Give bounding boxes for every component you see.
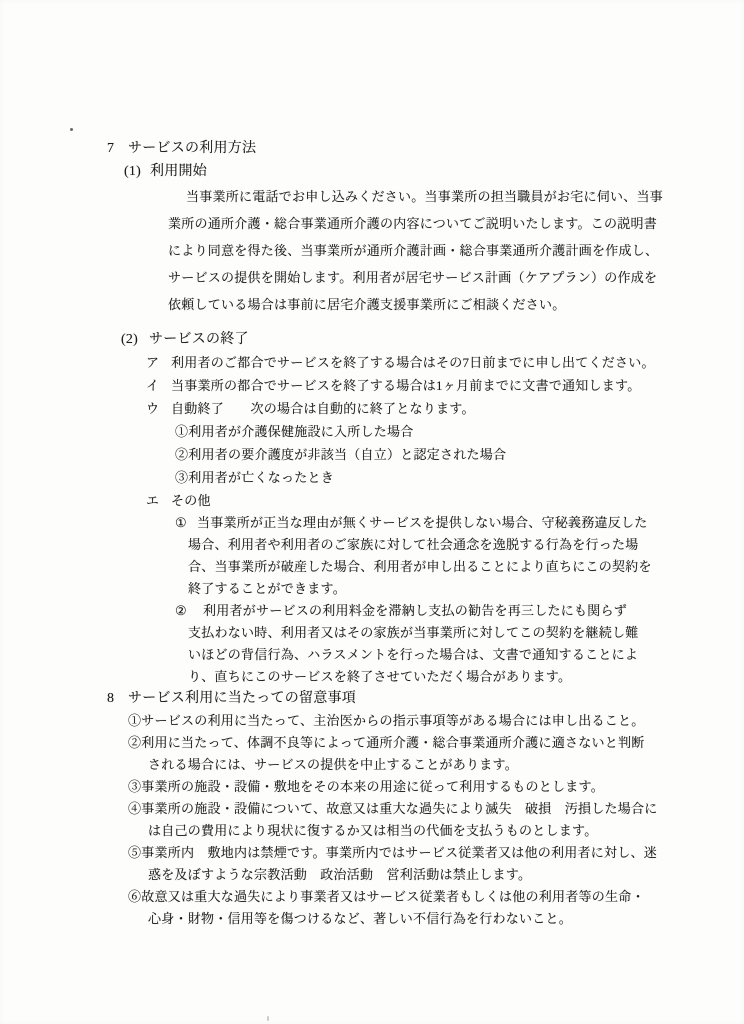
section7-heading: 7サービスの利用方法	[0, 137, 744, 160]
sub2-heading: (2)サービスの終了	[0, 328, 744, 351]
e-subitem-line: 合、当事業所が破産した場合、利用者が申し出ることにより直ちにこの契約を	[0, 556, 744, 578]
e-subitem-line: り、直ちにこのサービスを終了させていただく場合があります。	[0, 666, 744, 688]
e-subitem-1: ①当事業所が正当な理由が無くサービスを提供しない場合、守秘義務違反した	[0, 512, 744, 534]
paragraph-line: サービスの提供を開始します。利用者が居宅サービス計画（ケアプラン）の作成を	[0, 264, 744, 291]
paragraph-line: 業所の通所介護・総合事業通所介護の内容についてご説明いたします。この説明書	[0, 210, 744, 237]
e-subitem-line: 当事業所が正当な理由が無くサービスを提供しない場合、守秘義務違反した	[197, 515, 648, 530]
notice-item-line: ①サービスの利用に当たって、主治医からの指示事項等がある場合には申し出ること。	[0, 710, 744, 732]
circled-subitem: ③利用者が亡くなったとき	[0, 466, 744, 489]
kana-item-text: 利用者のご都合でサービスを終了する場合はその7日前までに申し出てください。	[171, 355, 655, 370]
kana-marker: エ	[146, 489, 171, 512]
paragraph-line: により同意を得た後、当事業所が通所介護計画・総合事業通所介護計画を作成し、	[0, 237, 744, 264]
kana-item-e: エその他	[0, 489, 744, 512]
notice-item-line: は自己の費用により現状に復するか又は相当の代価を支払うものとします。	[0, 820, 744, 842]
circled-subitem: ①利用者が介護保健施設に入所した場合	[0, 420, 744, 443]
sub1-heading: (1)利用開始	[0, 160, 744, 183]
sub2-label: (2)	[121, 328, 149, 351]
kana-marker: イ	[146, 374, 171, 397]
scan-speck	[267, 1016, 269, 1021]
section7-number: 7	[107, 137, 128, 160]
kana-item-a: ア利用者のご都合でサービスを終了する場合はその7日前までに申し出てください。	[0, 351, 744, 374]
circled-number: ②	[175, 600, 203, 622]
kana-marker: ウ	[146, 397, 171, 420]
notice-item-line: ③事業所の施設・設備・敷地をその本来の用途に従って利用するものとします。	[0, 776, 744, 798]
e-subitem-line: 終了することができます。	[0, 578, 744, 600]
section8-number: 8	[107, 688, 128, 710]
e-subitem-line: 場合、利用者や利用者のご家族に対して社会通念を逸脱する行為を行った場	[0, 534, 744, 556]
document-content: 7サービスの利用方法 (1)利用開始 当事業所に電話でお申し込みください。当事業…	[0, 137, 744, 930]
section7-title: サービスの利用方法	[128, 141, 256, 156]
kana-item-text: 自動終了 次の場合は自動的に終了となります。	[171, 401, 475, 416]
e-subitem-line: いほどの背信行為、ハラスメントを行った場合は、文書で通知することによ	[0, 644, 744, 666]
kana-item-u: ウ自動終了 次の場合は自動的に終了となります。	[0, 397, 744, 420]
notice-item-line: ⑥故意又は重大な過失により事業者又はサービス従業者もしくは他の利用者等の生命・	[0, 886, 744, 908]
section8-heading: 8サービス利用に当たっての留意事項	[0, 688, 744, 710]
sub2-title: サービスの終了	[149, 332, 249, 347]
scan-speck	[70, 128, 73, 131]
paragraph-line: 当事業所に電話でお申し込みください。当事業所の担当職員がお宅に伺い、当事	[0, 183, 744, 210]
notice-item-line: ②利用に当たって、体調不良等によって通所介護・総合事業通所介護に適さないと判断	[0, 732, 744, 754]
vertical-gap	[0, 318, 744, 328]
kana-item-text: その他	[171, 493, 211, 508]
circled-subitem: ②利用者の要介護度が非該当（自立）と認定された場合	[0, 443, 744, 466]
e-subitem-line: 支払わない時、利用者又はその家族が当事業所に対してこの契約を継続し難	[0, 622, 744, 644]
kana-marker: ア	[146, 351, 171, 374]
e-subitem-line: 利用者がサービスの利用料金を滞納し支払の勧告を再三したにも関らず	[203, 603, 627, 618]
notice-item-line: 心身・財物・信用等を傷つけるなど、著しい不信行為を行わないこと。	[0, 908, 744, 930]
paragraph-line: 依頼している場合は事前に居宅介護支援事業所にご相談ください。	[0, 291, 744, 318]
kana-item-i: イ当事業所の都合でサービスを終了する場合は1ヶ月前までに文書で通知します。	[0, 374, 744, 397]
document-page: 7サービスの利用方法 (1)利用開始 当事業所に電話でお申し込みください。当事業…	[0, 0, 744, 1024]
kana-item-text: 当事業所の都合でサービスを終了する場合は1ヶ月前までに文書で通知します。	[171, 378, 640, 393]
e-subitem-2: ②利用者がサービスの利用料金を滞納し支払の勧告を再三したにも関らず	[0, 600, 744, 622]
notice-item-line: される場合には、サービスの提供を中止することがあります。	[0, 754, 744, 776]
notice-item-line: ④事業所の施設・設備について、故意又は重大な過失により滅失 破損 汚損した場合に	[0, 798, 744, 820]
sub1-label: (1)	[124, 160, 150, 183]
notice-item-line: 惑を及ぼすような宗教活動 政治活動 営利活動は禁止します。	[0, 864, 744, 886]
sub1-title: 利用開始	[150, 164, 207, 179]
notice-item-line: ⑤事業所内 敷地内は禁煙です。事業所内ではサービス従業者又は他の利用者に対し、迷	[0, 842, 744, 864]
circled-number: ①	[175, 512, 197, 534]
section8-title: サービス利用に当たっての留意事項	[128, 691, 356, 706]
